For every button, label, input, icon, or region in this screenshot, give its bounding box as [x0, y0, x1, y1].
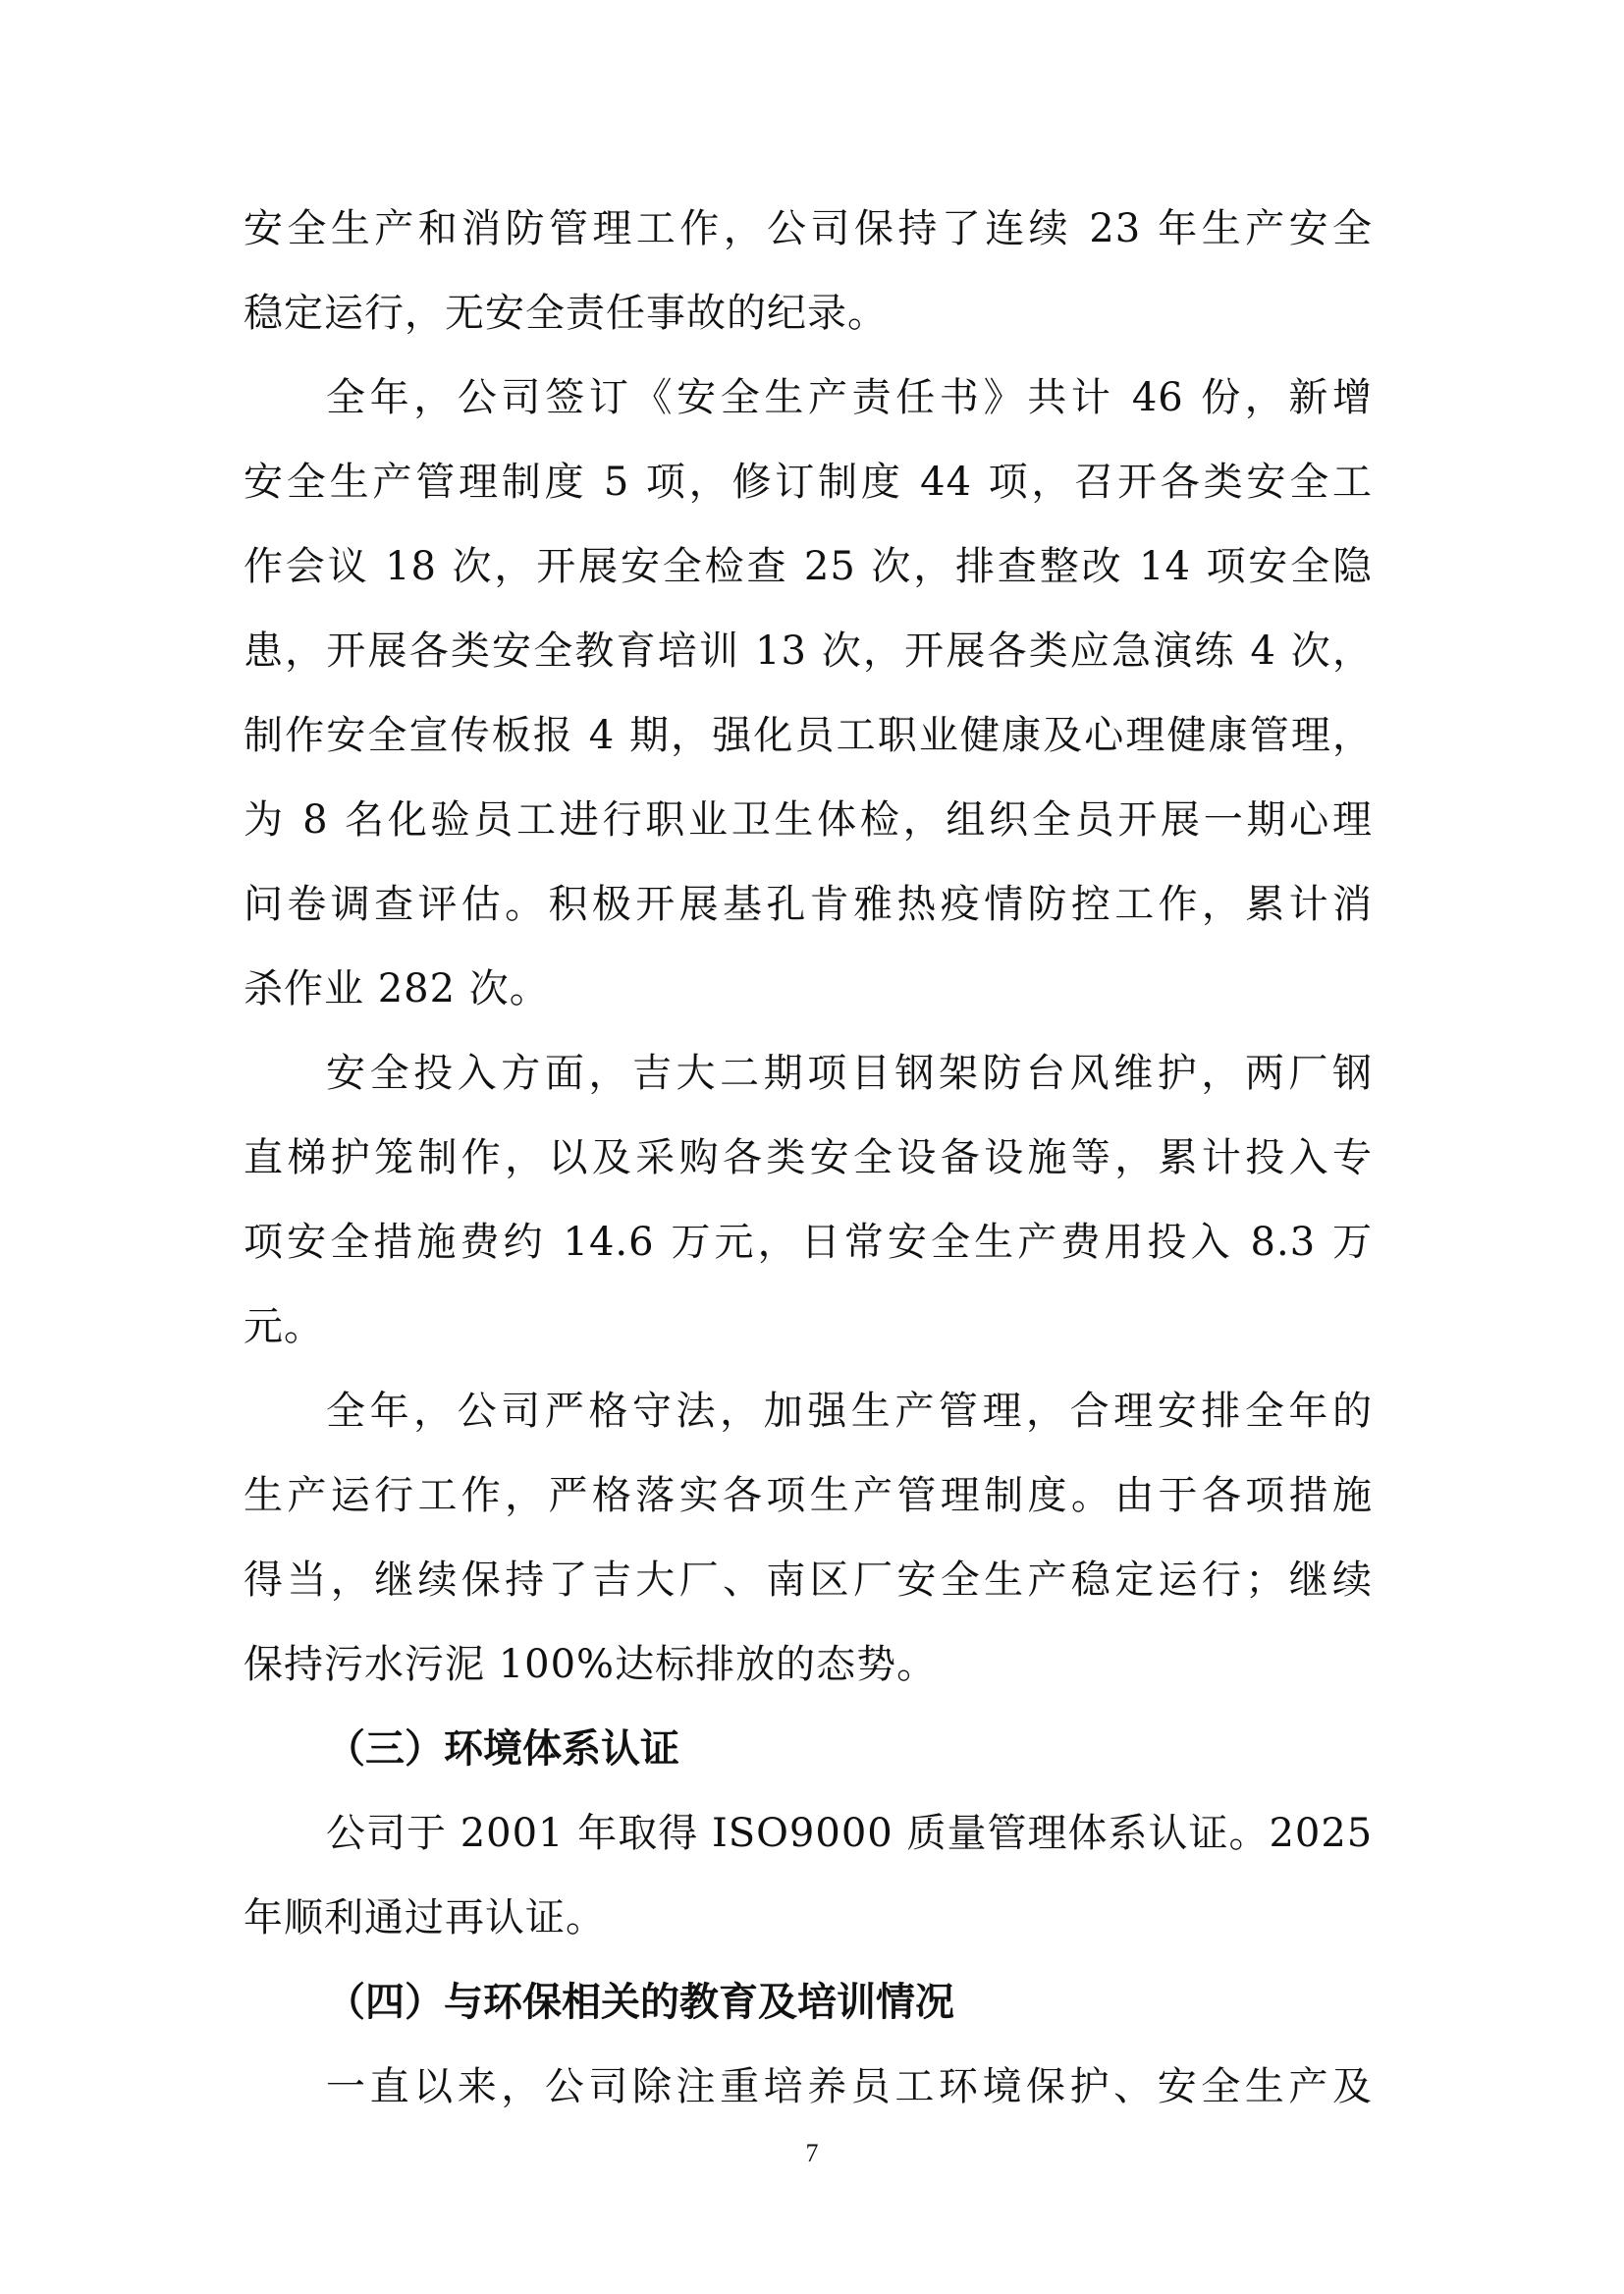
text-line: 作会议 18 次，开展安全检查 25 次，排查整改 14 项安全隐 [244, 524, 1373, 609]
document-body: 安全生产和消防管理工作，公司保持了连续 23 年生产安全 稳定运行，无安全责任事… [244, 187, 1373, 2129]
text-line: 项安全措施费约 14.6 万元，日常安全生产费用投入 8.3 万 [244, 1200, 1373, 1284]
text-line: 直梯护笼制作，以及采购各类安全设备设施等，累计投入专 [244, 1116, 1373, 1200]
text-line: 稳定运行，无安全责任事故的纪录。 [244, 271, 1373, 355]
text-line: 全年，公司签订《安全生产责任书》共计 46 份，新增 [244, 355, 1373, 440]
page-number: 7 [0, 2139, 1624, 2168]
text-line: 问卷调查评估。积极开展基孔肯雅热疫情防控工作，累计消 [244, 862, 1373, 947]
text-line: 安全投入方面，吉大二期项目钢架防台风维护，两厂钢 [244, 1031, 1373, 1116]
text-line: 杀作业 282 次。 [244, 947, 1373, 1031]
text-line: 元。 [244, 1284, 1373, 1369]
text-line: 全年，公司严格守法，加强生产管理，合理安排全年的 [244, 1369, 1373, 1453]
document-page: 安全生产和消防管理工作，公司保持了连续 23 年生产安全 稳定运行，无安全责任事… [0, 0, 1624, 2294]
text-line: 安全生产和消防管理工作，公司保持了连续 23 年生产安全 [244, 187, 1373, 271]
text-line: 公司于 2001 年取得 ISO9000 质量管理体系认证。2025 [244, 1791, 1373, 1876]
section-heading-education-training: （四）与环保相关的教育及培训情况 [244, 1960, 1373, 2045]
text-line: 得当，继续保持了吉大厂、南区厂安全生产稳定运行；继续 [244, 1538, 1373, 1622]
text-line: 为 8 名化验员工进行职业卫生体检，组织全员开展一期心理 [244, 778, 1373, 862]
text-line: 生产运行工作，严格落实各项生产管理制度。由于各项措施 [244, 1453, 1373, 1538]
text-line: 患，开展各类安全教育培训 13 次，开展各类应急演练 4 次， [244, 609, 1373, 693]
text-line: 制作安全宣传板报 4 期，强化员工职业健康及心理健康管理， [244, 693, 1373, 778]
text-line: 安全生产管理制度 5 项，修订制度 44 项，召开各类安全工 [244, 440, 1373, 524]
text-line: 保持污水污泥 100%达标排放的态势。 [244, 1622, 1373, 1707]
text-line: 一直以来，公司除注重培养员工环境保护、安全生产及 [244, 2045, 1373, 2129]
section-heading-environment-certification: （三）环境体系认证 [244, 1707, 1373, 1791]
text-line: 年顺利通过再认证。 [244, 1876, 1373, 1960]
